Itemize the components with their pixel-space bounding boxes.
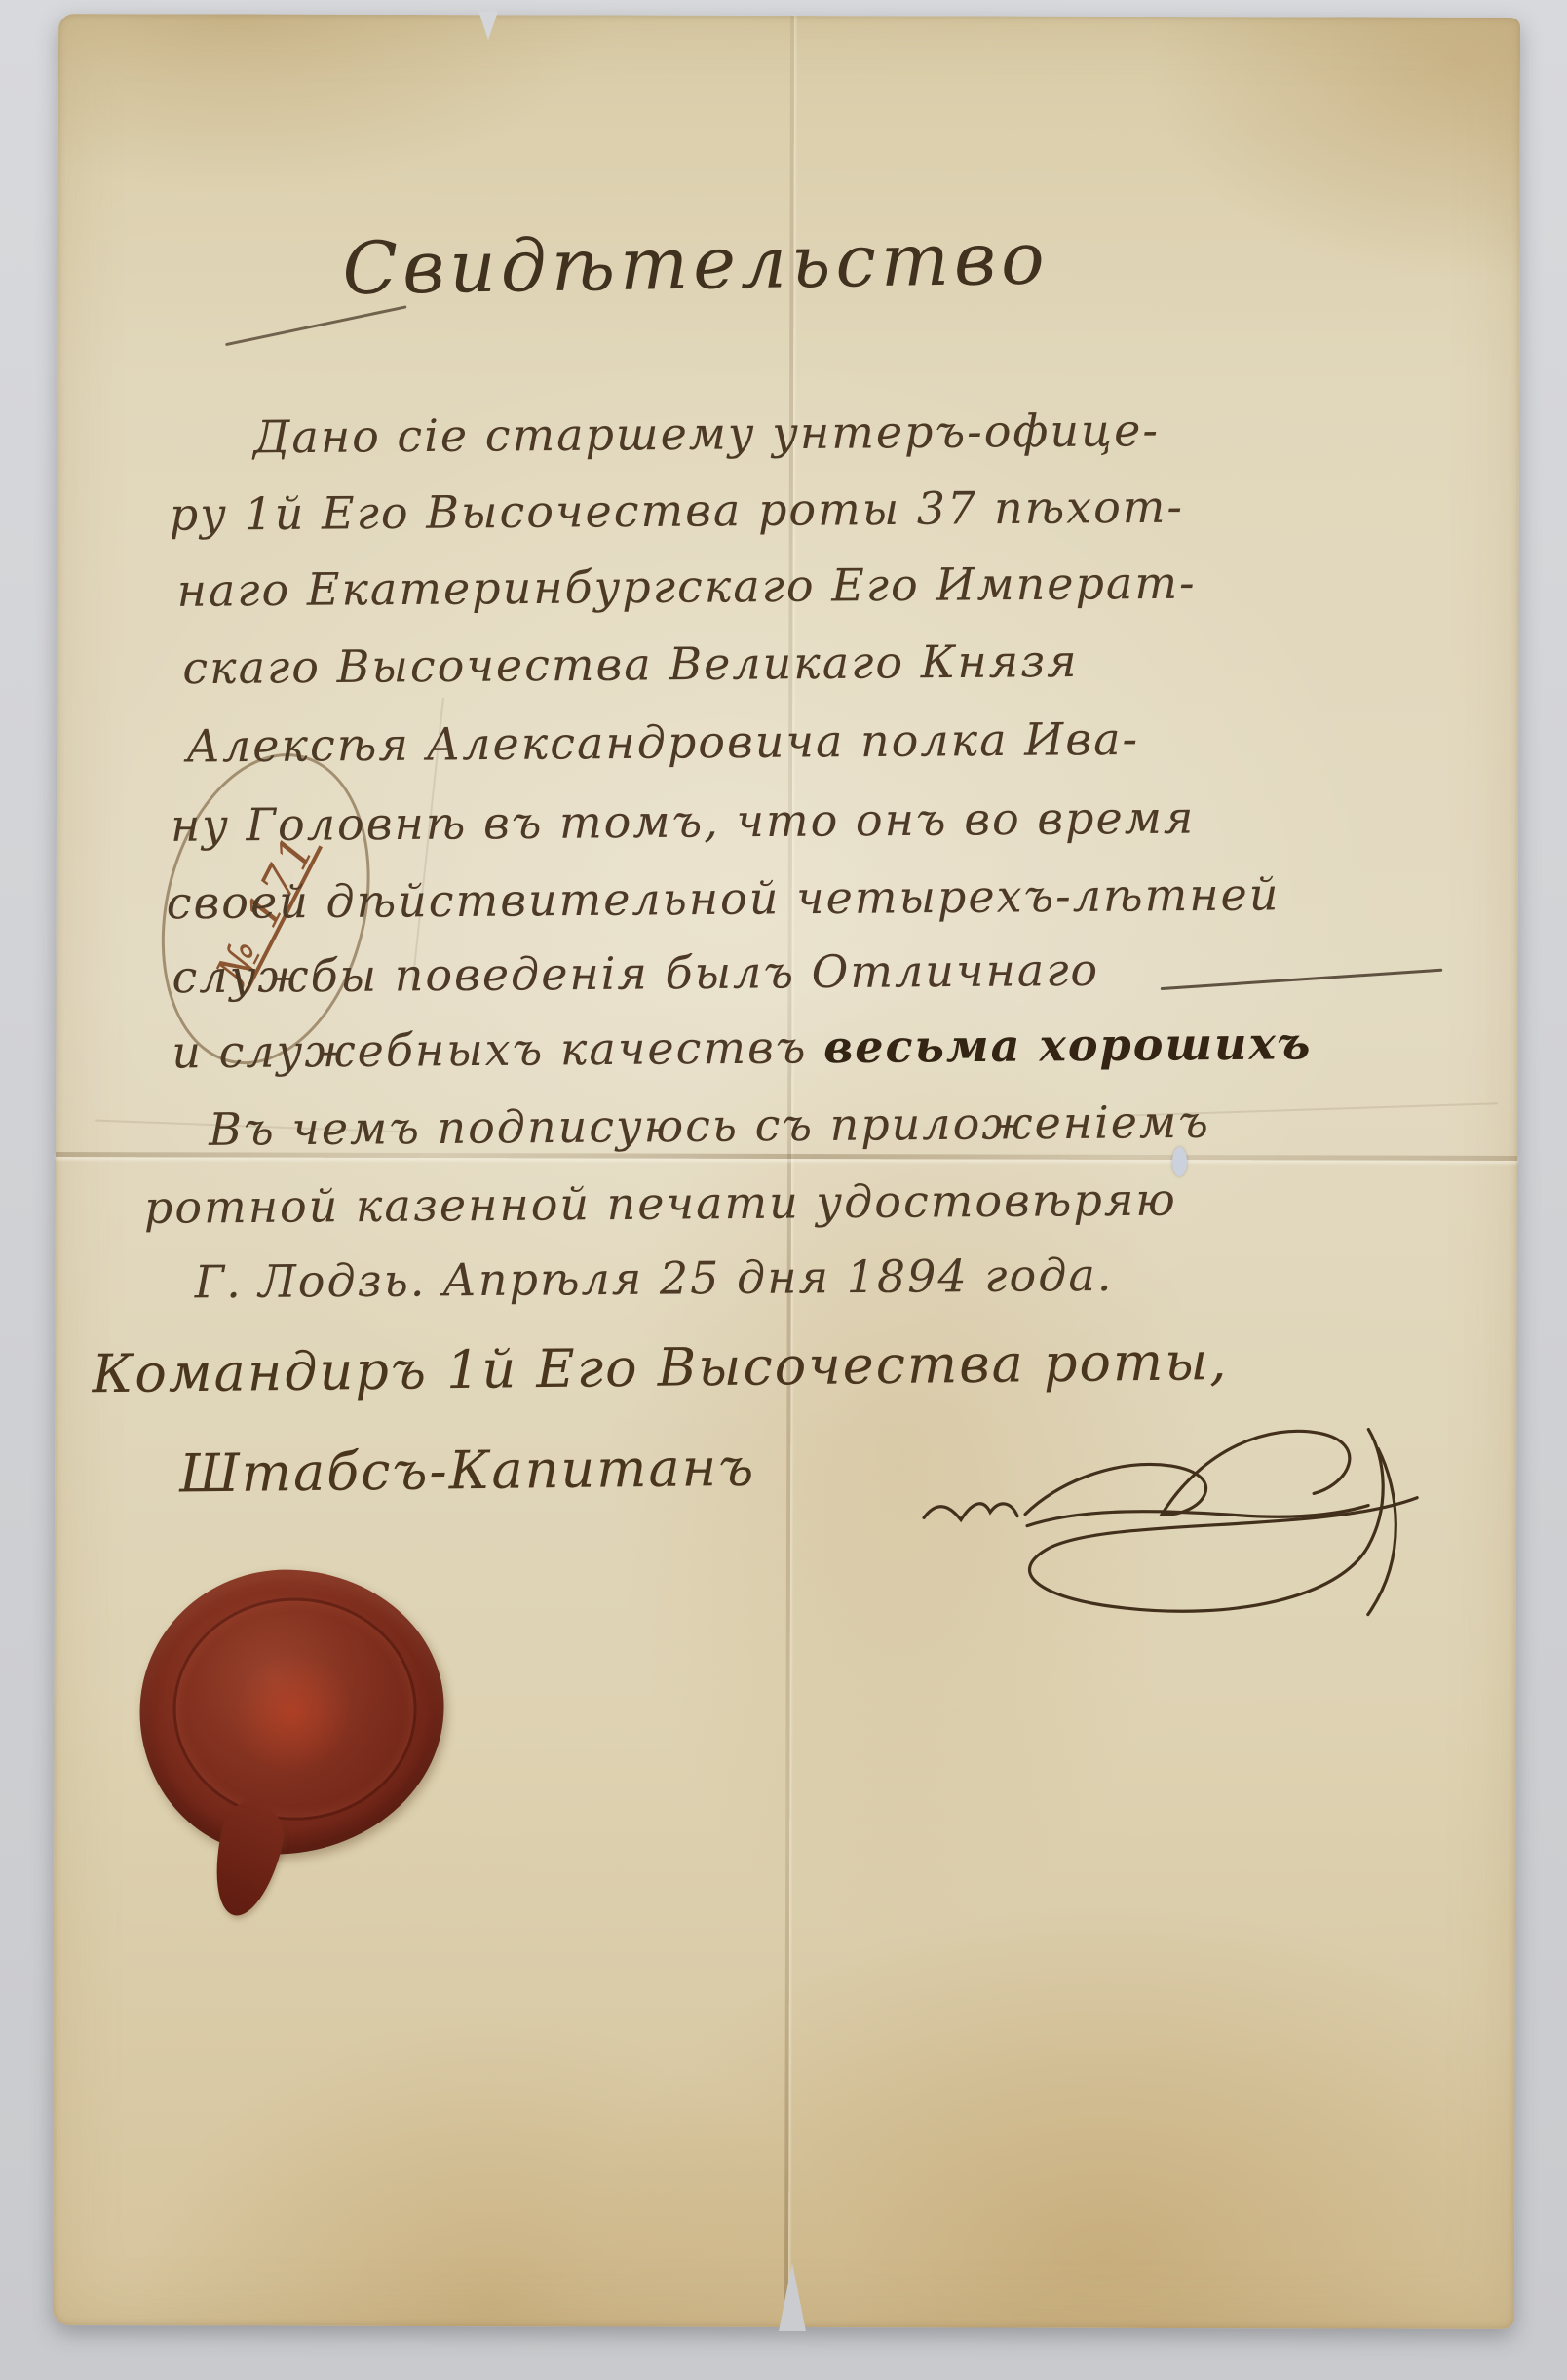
pen-flourish xyxy=(1161,969,1443,990)
body-line: службы поведенія былъ Отличнаго xyxy=(172,943,1099,1003)
signature-rank-line: Штабсъ-Капитанъ xyxy=(179,1437,756,1505)
body-line: ну Головнѣ въ томъ, что онъ во время xyxy=(171,791,1196,852)
photo-of-document: { "photo": { "background_color": "#d2d3d… xyxy=(0,0,1567,2380)
commander-signature xyxy=(910,1389,1457,1643)
body-line: ру 1й Его Высочества роты 37 пѣхот- xyxy=(170,480,1185,541)
body-line: ротной казенной печати удостовѣряю xyxy=(144,1173,1177,1234)
title-flourish xyxy=(225,305,407,346)
body-line: и служебныхъ качествъ весьма хорошихъ xyxy=(172,1017,1312,1078)
body-line: Алексѣя Александровича полка Ива- xyxy=(186,712,1139,773)
document-paper: Свидѣтельство № 171 Дано сіе старшему ун… xyxy=(53,14,1520,2329)
body-line: Въ чемъ подписуюсь съ приложеніемъ xyxy=(209,1095,1210,1156)
body-line: Г. Лодзь. Апрѣля 25 дня 1894 года. xyxy=(195,1248,1114,1308)
body-line: скаго Высочества Великаго Князя xyxy=(182,634,1079,694)
fold-crease-vertical xyxy=(784,16,794,2327)
body-line: наго Екатеринбургскаго Его Императ- xyxy=(176,557,1196,617)
body-line-part: и служебныхъ качествъ xyxy=(172,1020,808,1078)
wax-seal xyxy=(139,1569,444,1855)
body-line: Дано сіе старшему унтеръ-офице- xyxy=(253,403,1160,463)
body-line-darker-ink: весьма хорошихъ xyxy=(823,1017,1313,1073)
document-title: Свидѣтельство xyxy=(342,216,1050,311)
body-line: своей дѣйствительной четырехъ-лѣтней xyxy=(167,867,1280,929)
paper-tear-top xyxy=(478,11,498,40)
